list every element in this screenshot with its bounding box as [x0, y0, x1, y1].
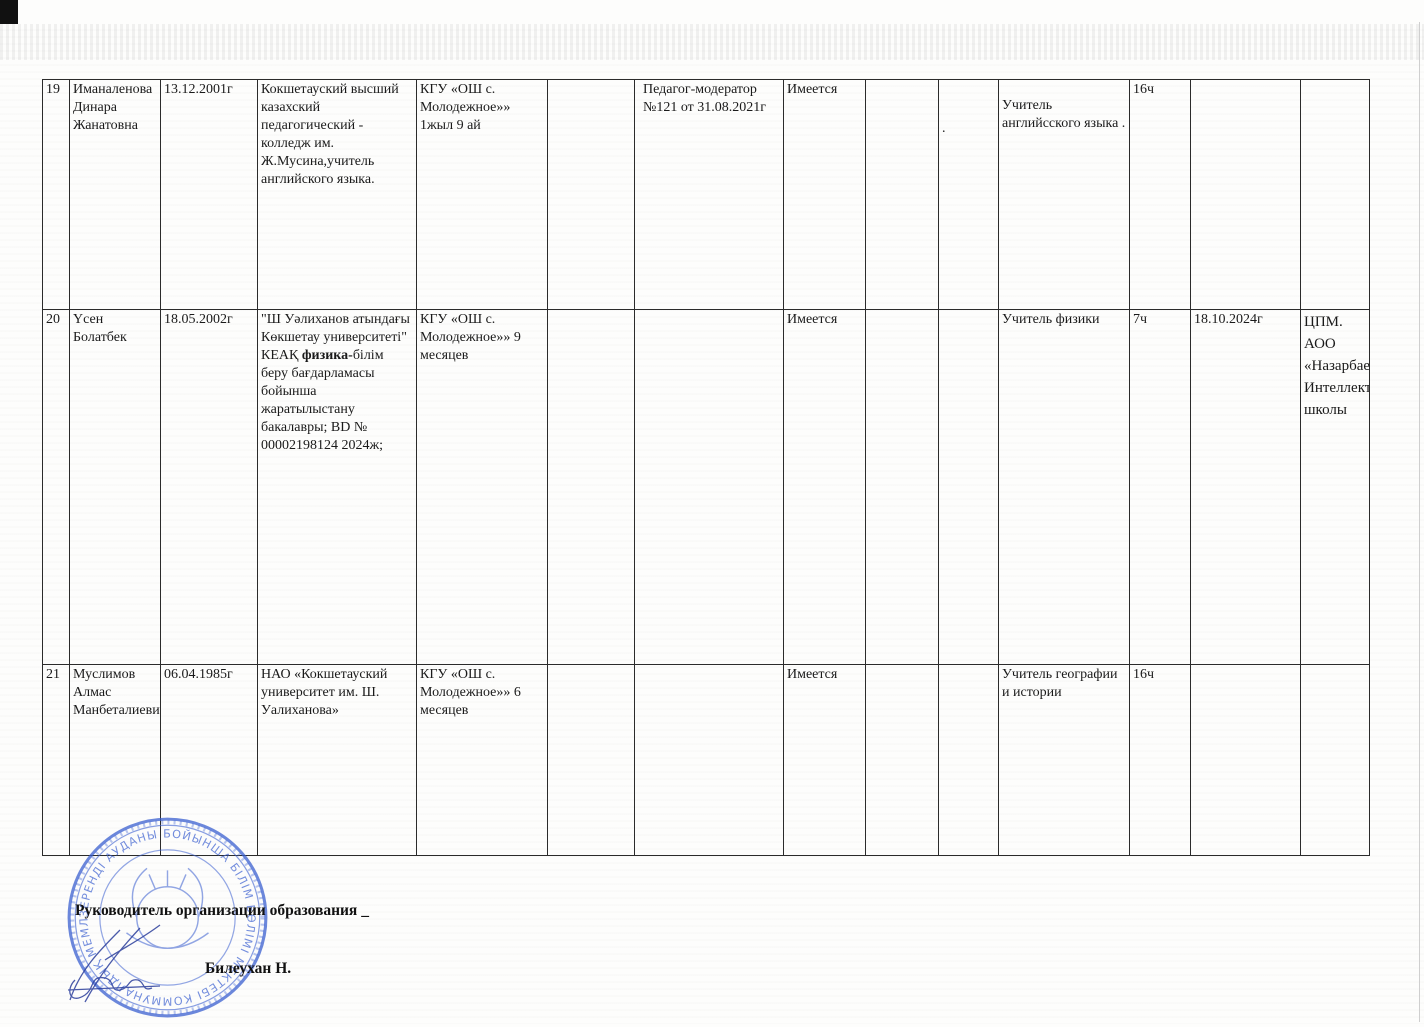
- cell-status: Имеется: [784, 665, 866, 856]
- education-text: білім беру бағдарламасы бойынша жаратылы…: [261, 348, 384, 453]
- cell-position: Учитель физики: [999, 310, 1130, 665]
- cell-education: НАО «Кокшетауский университет им. Ш. Уал…: [258, 665, 417, 856]
- staff-table: 19 Иманаленова Динара Жанатовна 13.12.20…: [42, 79, 1370, 856]
- cell-full-name: Иманаленова Динара Жанатовна: [70, 80, 161, 310]
- scan-bleedthrough: [0, 24, 1424, 60]
- cell-course-provider: [1301, 80, 1370, 310]
- cell-position: Учитель английсского языка .: [999, 80, 1130, 310]
- signatory-title: Руководитель организации образования _: [75, 902, 369, 920]
- cell-course-date: [1191, 80, 1301, 310]
- cell-workplace-experience: КГУ «ОШ с. Молодежное»» 1жыл 9 ай: [417, 80, 548, 310]
- cell-position: Учитель географии и истории: [999, 665, 1130, 856]
- cell-category: Педагог-модератор №121 от 31.08.2021г: [635, 80, 784, 310]
- cell-mark: .: [939, 80, 999, 310]
- cell-empty: [866, 665, 939, 856]
- cell-category: [635, 310, 784, 665]
- cell-empty: [548, 80, 635, 310]
- cell-workplace-experience: КГУ «ОШ с. Молодежное»» 9 месяцев: [417, 310, 548, 665]
- cell-hours: 7ч: [1130, 310, 1191, 665]
- page-edge: [1419, 22, 1420, 1022]
- cell-empty: [939, 310, 999, 665]
- cell-category: [635, 665, 784, 856]
- cell-empty: [939, 665, 999, 856]
- signatory-name: Билеухан Н.: [205, 960, 291, 978]
- cell-course-provider: [1301, 665, 1370, 856]
- table-row: 20 Үсен Болатбек 18.05.2002г "Ш Уәлихано…: [43, 310, 1370, 665]
- cell-empty: [866, 310, 939, 665]
- table-row: 19 Иманаленова Динара Жанатовна 13.12.20…: [43, 80, 1370, 310]
- cell-birth-date: 13.12.2001г: [161, 80, 258, 310]
- cell-full-name: Үсен Болатбек: [70, 310, 161, 665]
- cell-birth-date: 18.05.2002г: [161, 310, 258, 665]
- cell-empty: [866, 80, 939, 310]
- cell-number: 20: [43, 310, 70, 665]
- education-emphasis: физика-: [302, 348, 353, 363]
- scan-corner-mark: [0, 0, 18, 24]
- cell-course-date: [1191, 665, 1301, 856]
- cell-course-date: 18.10.2024г: [1191, 310, 1301, 665]
- cell-number: 19: [43, 80, 70, 310]
- cell-empty: [548, 310, 635, 665]
- cell-empty: [548, 665, 635, 856]
- cell-status: Имеется: [784, 80, 866, 310]
- cell-course-provider: ЦПМ. АОО «Назарбаев Интеллектуальные шко…: [1301, 310, 1370, 665]
- cell-hours: 16ч: [1130, 665, 1191, 856]
- cell-workplace-experience: КГУ «ОШ с. Молодежное»» 6 месяцев: [417, 665, 548, 856]
- cell-status: Имеется: [784, 310, 866, 665]
- cell-education: "Ш Уәлиханов атындағы Көкшетау университ…: [258, 310, 417, 665]
- cell-education: Кокшетауский высший казахский педагогиче…: [258, 80, 417, 310]
- cell-hours: 16ч: [1130, 80, 1191, 310]
- handwritten-signature-icon: [60, 920, 180, 1010]
